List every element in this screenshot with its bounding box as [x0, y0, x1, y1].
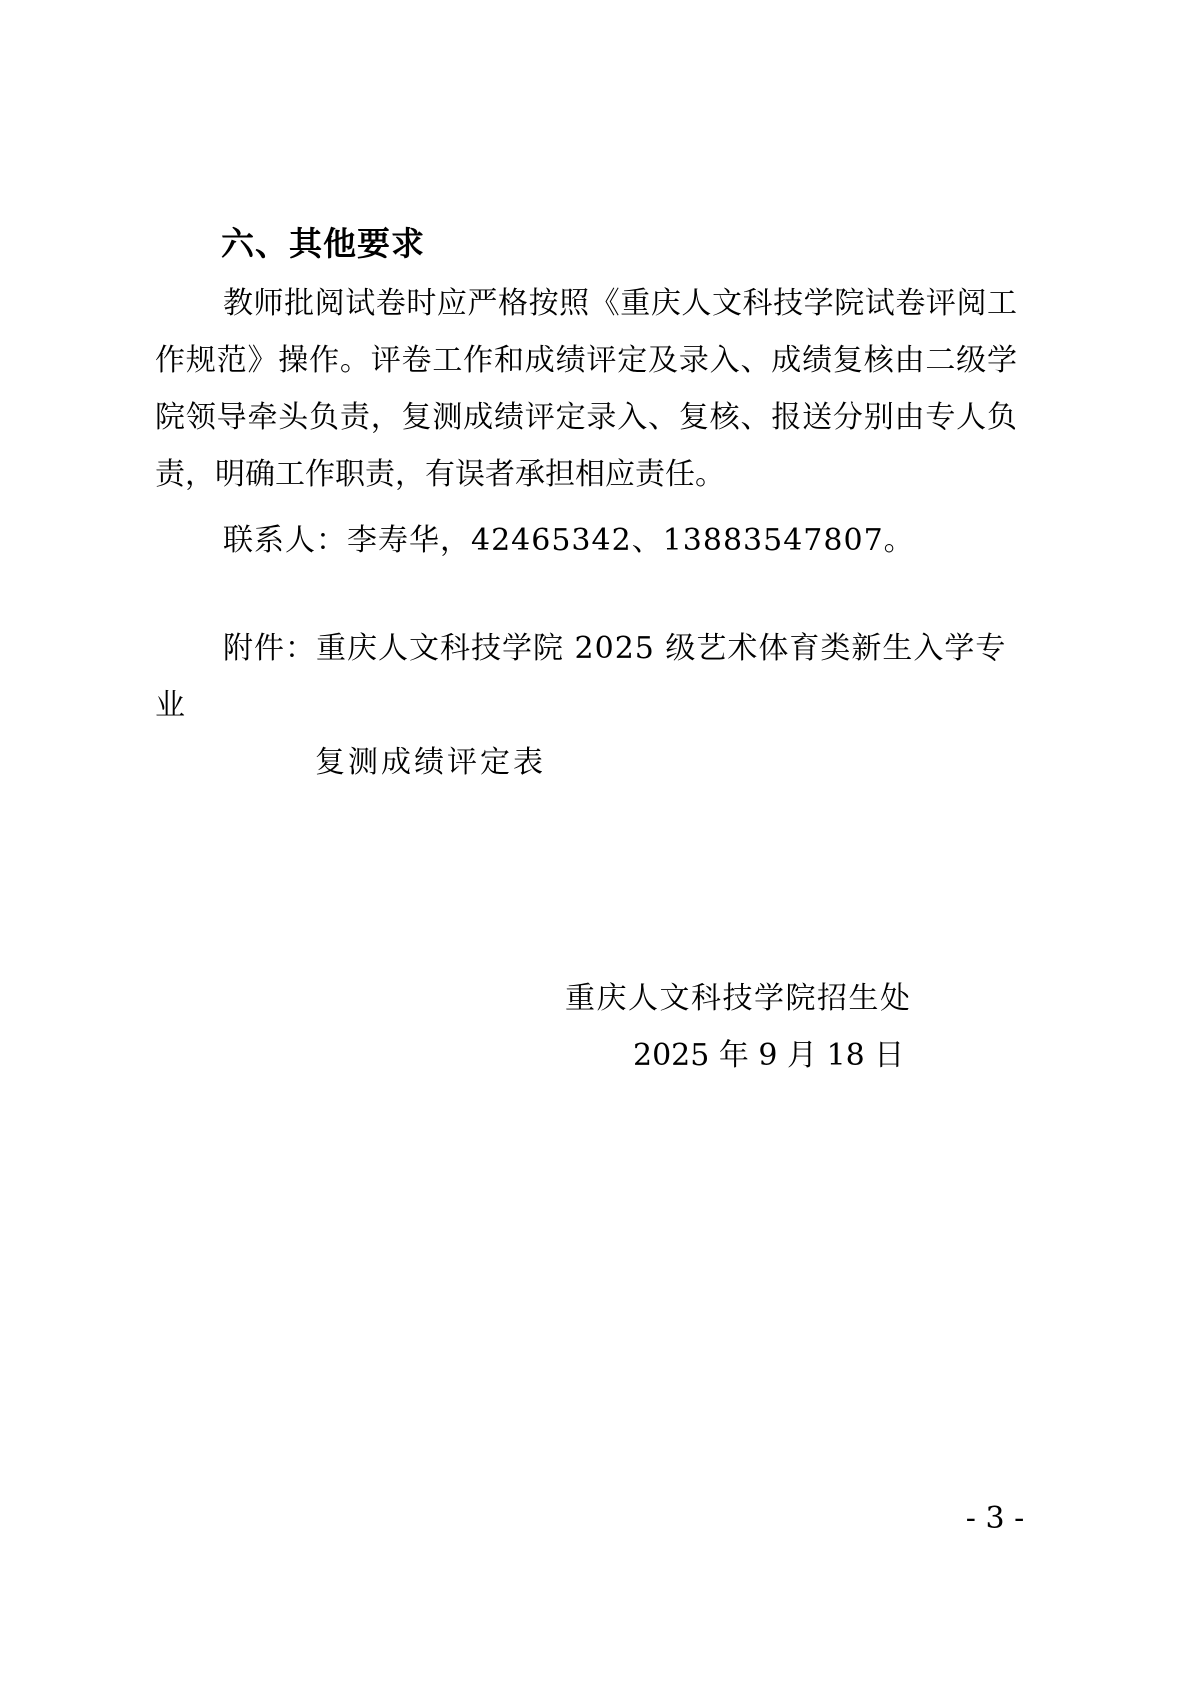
attachment-line-2: 复测成绩评定表	[155, 734, 1017, 791]
paragraph-line-2: 作规范》操作。评卷工作和成绩评定及录入、成绩复核由二级学	[155, 332, 1017, 389]
paragraph-line-1: 教师批阅试卷时应严格按照《重庆人文科技学院试卷评阅工	[155, 275, 1017, 332]
paragraph-line-3: 院领导牵头负责，复测成绩评定录入、复核、报送分别由专人负	[155, 389, 1017, 446]
section-heading: 六、其他要求	[155, 215, 1017, 272]
document-body: 六、其他要求 教师批阅试卷时应严格按照《重庆人文科技学院试卷评阅工 作规范》操作…	[155, 215, 1017, 1084]
paragraph-line-4: 责，明确工作职责，有误者承担相应责任。	[155, 446, 1017, 503]
document-page: 六、其他要求 教师批阅试卷时应严格按照《重庆人文科技学院试卷评阅工 作规范》操作…	[0, 0, 1191, 1684]
signature-organization: 重庆人文科技学院招生处	[565, 970, 1017, 1027]
contact-line: 联系人：李寿华，42465342、13883547807。	[155, 512, 1017, 569]
attachment-line-1: 附件：重庆人文科技学院 2025 级艺术体育类新生入学专业	[155, 620, 1017, 734]
signature-date: 2025 年 9 月 18 日	[633, 1027, 1017, 1084]
page-number: - 3 -	[940, 1502, 1050, 1536]
